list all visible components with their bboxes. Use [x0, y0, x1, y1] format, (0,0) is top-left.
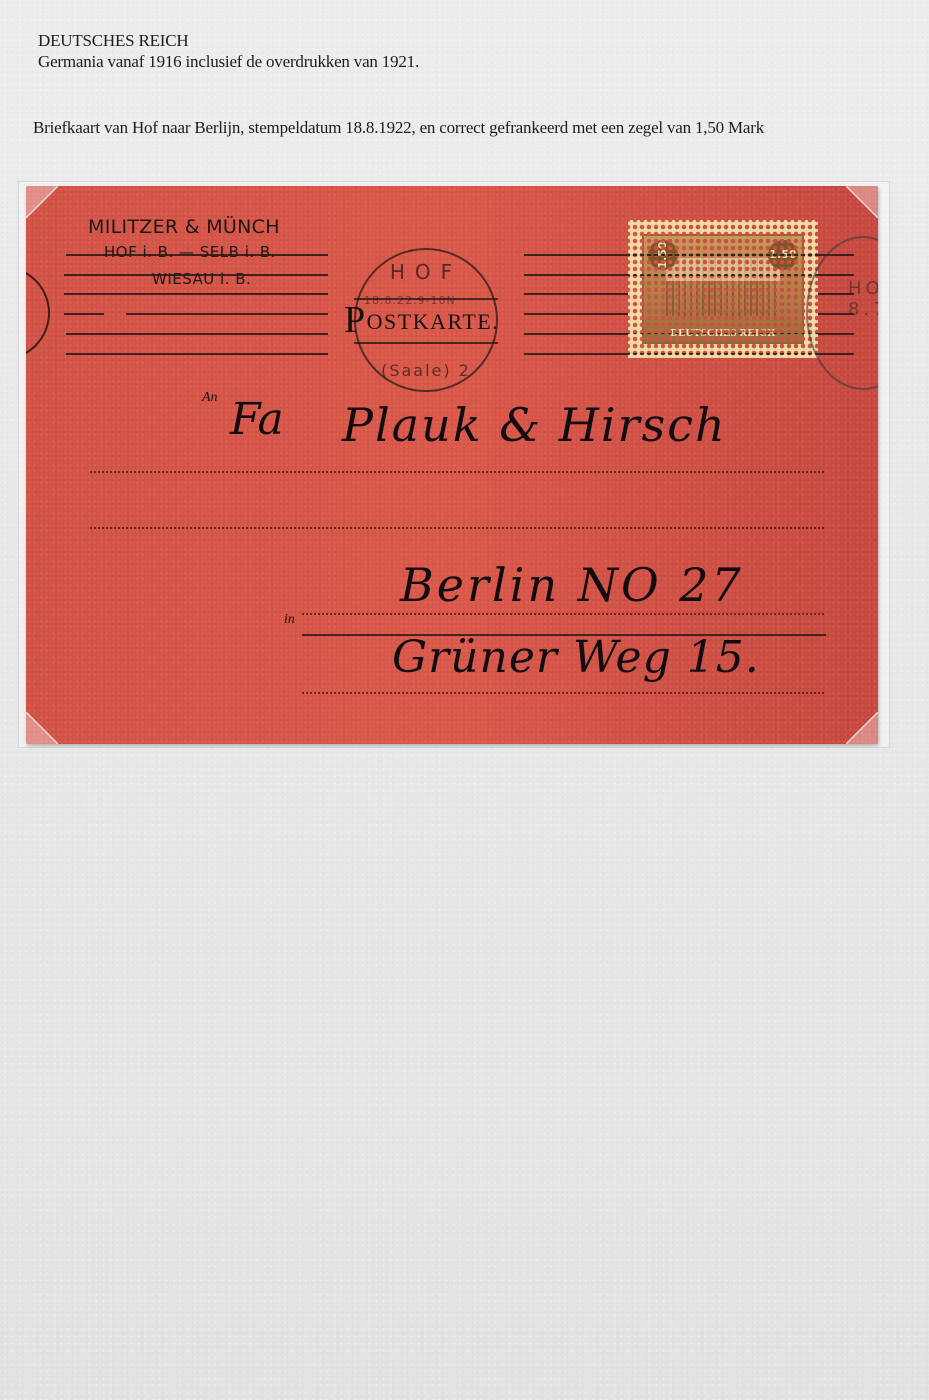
recipient-name-handwritten: Plauk & Hirsch	[342, 398, 727, 452]
sender-location: WIESAU i. B.	[152, 270, 251, 288]
address-line-3	[302, 613, 824, 615]
photo-corner	[26, 712, 58, 744]
photo-corner	[846, 712, 878, 744]
address-line-2	[90, 527, 824, 529]
page-title: DEUTSCHES REICH	[38, 30, 188, 51]
an-label: An	[202, 390, 218, 406]
stamp-value-right: 1.50	[768, 240, 798, 270]
in-label: in	[284, 612, 295, 628]
stamp-inscription: DEUTSCHES REICH	[644, 328, 802, 339]
stamp-value-left: 1.50	[648, 240, 678, 270]
sender-location-struck: HOF i. B. — SELB i. B.	[104, 243, 276, 261]
postmark-town: HOF	[356, 260, 496, 284]
street-handwritten: Grüner Weg 15.	[392, 632, 760, 683]
recipient-prefix-handwritten: Fa	[230, 394, 284, 445]
address-line-1	[90, 471, 824, 473]
item-description: Briefkaart van Hof naar Berlijn, stempel…	[33, 117, 893, 138]
postkarte-heading: POSTKARTE.	[344, 298, 499, 342]
sender-name: MILITZER & MÜNCH	[88, 216, 280, 238]
city-handwritten: Berlin NO 27	[400, 558, 744, 612]
postage-stamp: 1.50 1.50 DEUTSCHES REICH	[628, 220, 818, 358]
page-subtitle: Germania vanaf 1916 inclusief de overdru…	[38, 51, 419, 72]
postcard: MILITZER & MÜNCH HOF i. B. — SELB i. B. …	[26, 186, 878, 744]
postmark-fragment-left	[26, 266, 50, 360]
postmark-district: (Saale) 2	[356, 361, 496, 380]
photo-corner	[846, 186, 878, 218]
address-line-4	[302, 692, 824, 694]
stamp-frame: 1.50 1.50 DEUTSCHES REICH	[642, 234, 804, 344]
stamp-building-image	[666, 258, 780, 316]
photo-corner	[26, 186, 58, 218]
